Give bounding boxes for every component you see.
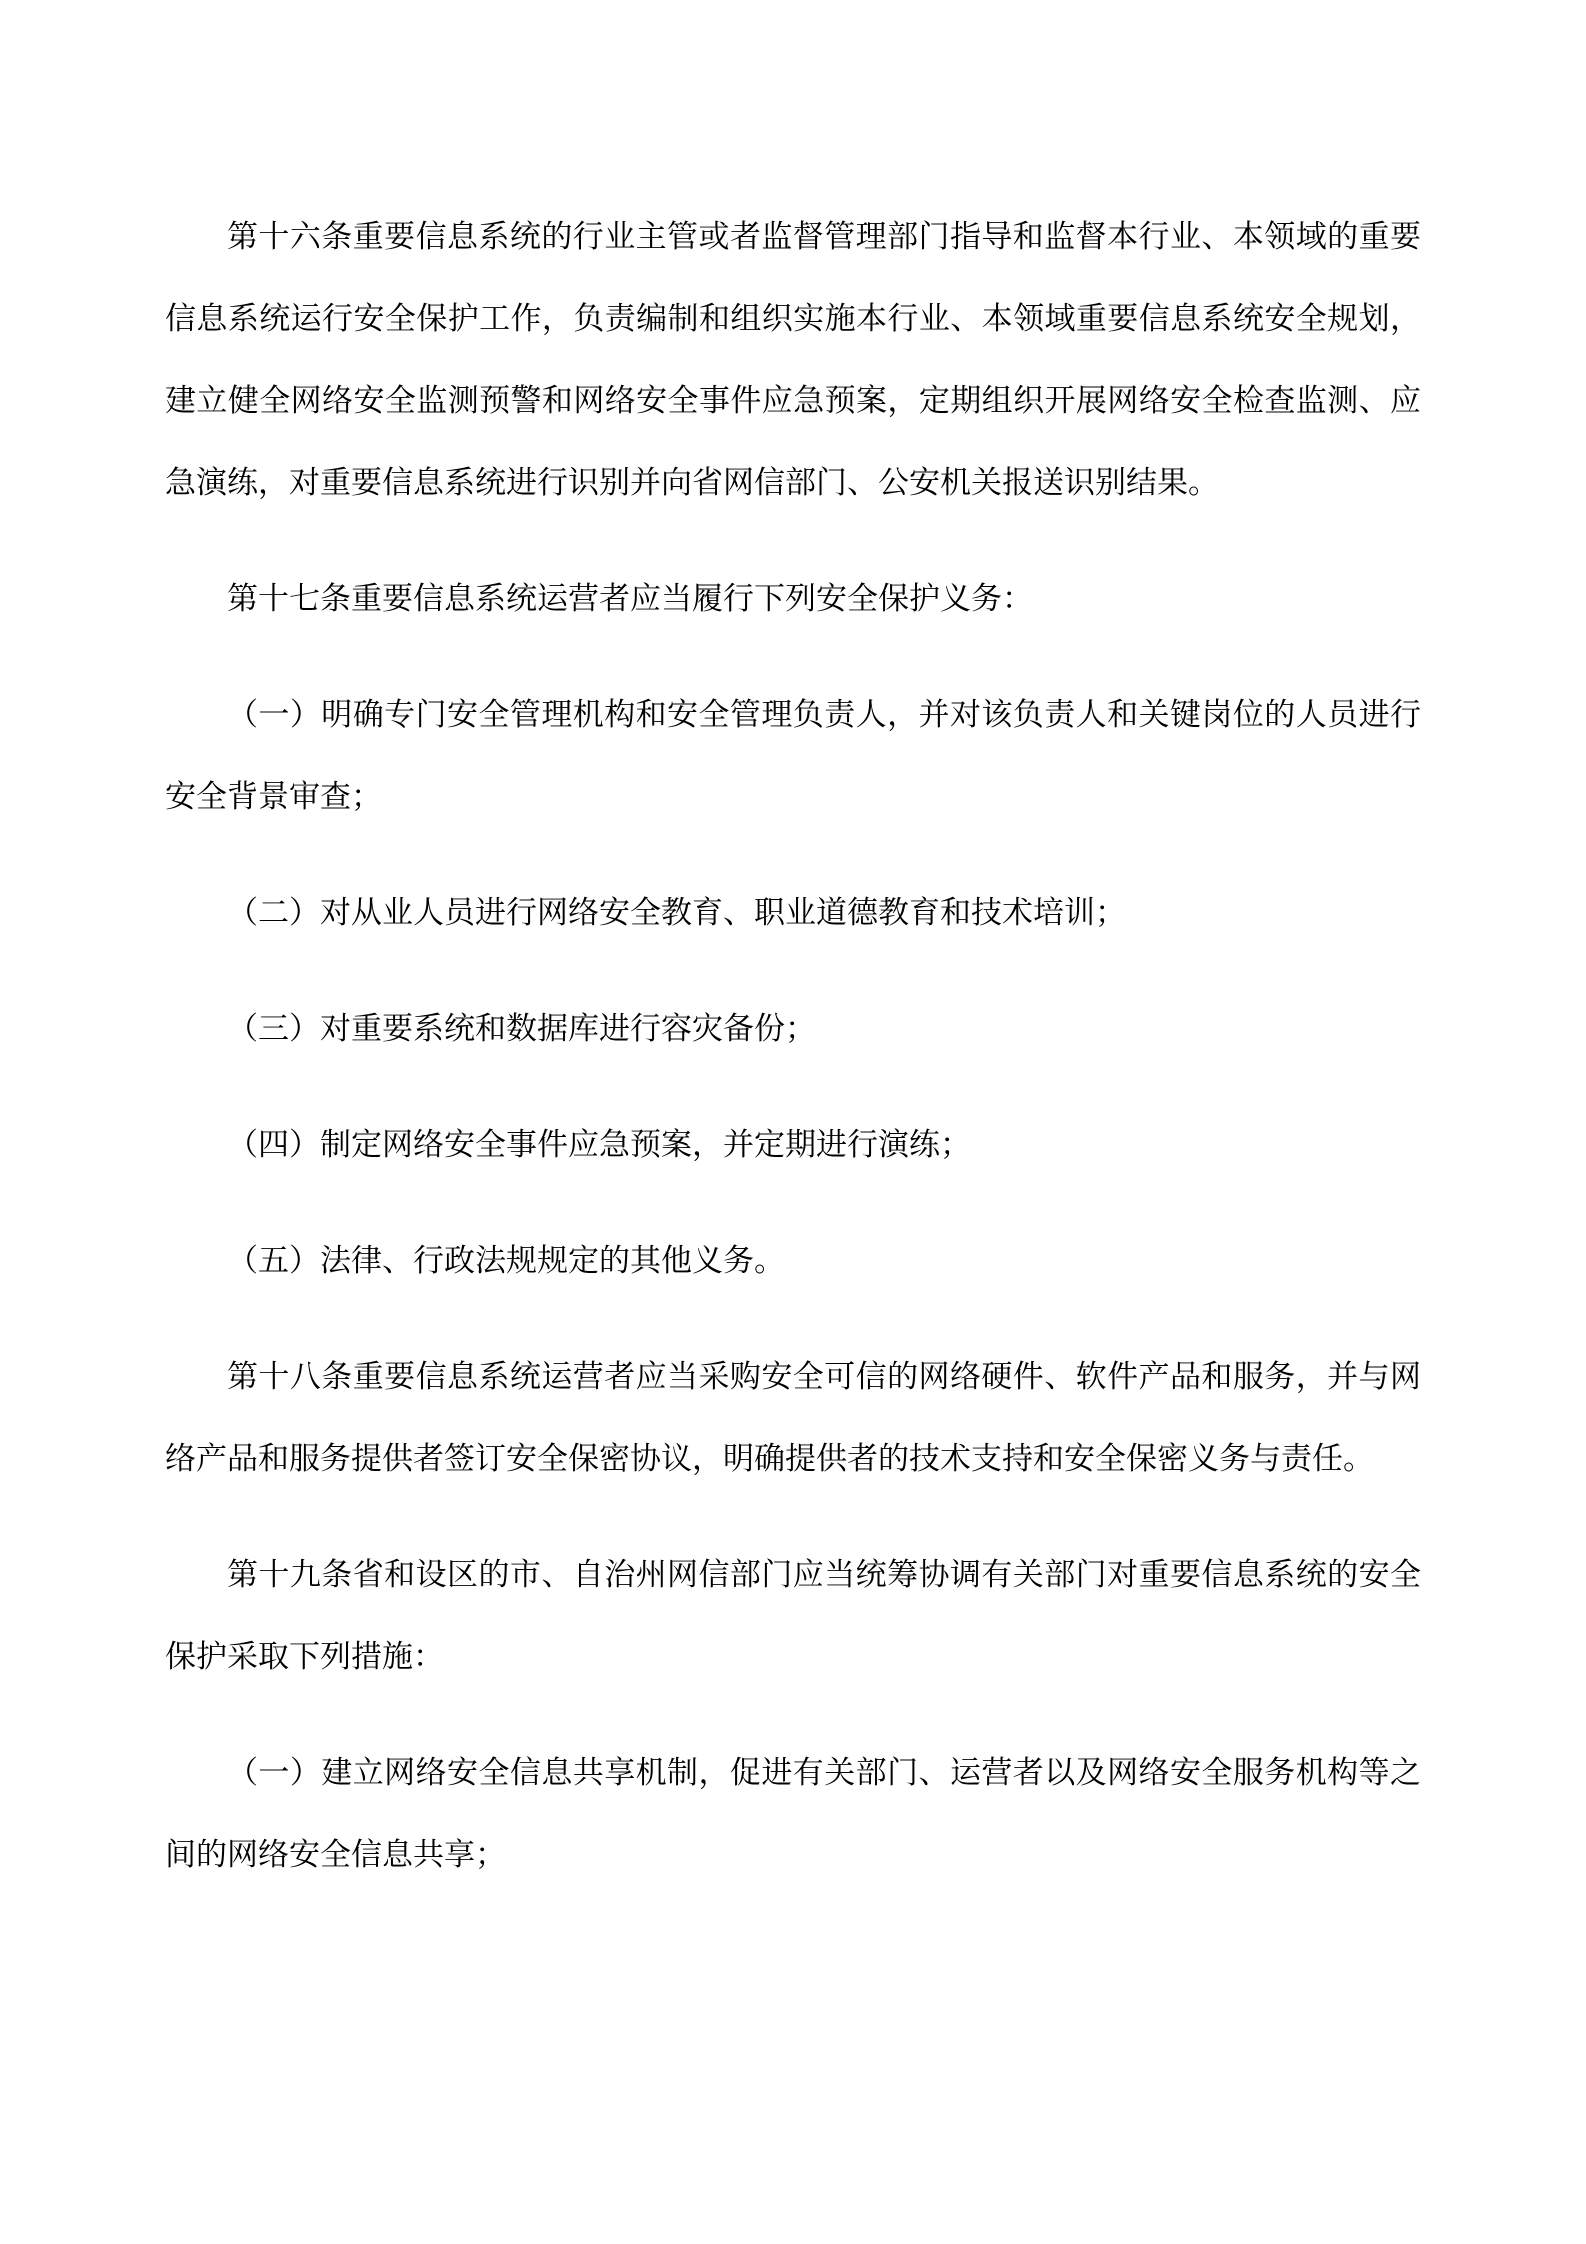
paragraph: （一）明确专门安全管理机构和安全管理负责人，并对该负责人和关键岗位的人员进行安全… xyxy=(165,674,1421,838)
paragraph: 第十七条重要信息系统运营者应当履行下列安全保护义务： xyxy=(165,558,1421,640)
document-body: 第十六条重要信息系统的行业主管或者监督管理部门指导和监督本行业、本领域的重要信息… xyxy=(165,196,1421,1896)
paragraph: （四）制定网络安全事件应急预案，并定期进行演练； xyxy=(165,1104,1421,1186)
text-line: 络产品和服务提供者签订安全保密协议，明确提供者的技术支持和安全保密义务与责任。 xyxy=(165,1418,1421,1500)
document-page: 第十六条重要信息系统的行业主管或者监督管理部门指导和监督本行业、本领域的重要信息… xyxy=(0,0,1586,2244)
text-line: （三）对重要系统和数据库进行容灾备份； xyxy=(165,988,1421,1070)
text-line: （一）明确专门安全管理机构和安全管理负责人，并对该负责人和关键岗位的人员进行 xyxy=(165,674,1421,756)
text-line: 间的网络安全信息共享； xyxy=(165,1814,1421,1896)
text-line: 第十九条省和设区的市、自治州网信部门应当统筹协调有关部门对重要信息系统的安全 xyxy=(165,1534,1421,1616)
text-line: 信息系统运行安全保护工作，负责编制和组织实施本行业、本领域重要信息系统安全规划， xyxy=(165,278,1421,360)
text-line: 第十八条重要信息系统运营者应当采购安全可信的网络硬件、软件产品和服务，并与网 xyxy=(165,1336,1421,1418)
text-line: 第十七条重要信息系统运营者应当履行下列安全保护义务： xyxy=(165,558,1421,640)
text-line: 建立健全网络安全监测预警和网络安全事件应急预案，定期组织开展网络安全检查监测、应 xyxy=(165,360,1421,442)
paragraph: （三）对重要系统和数据库进行容灾备份； xyxy=(165,988,1421,1070)
text-line: （一）建立网络安全信息共享机制，促进有关部门、运营者以及网络安全服务机构等之 xyxy=(165,1732,1421,1814)
text-line: 安全背景审查； xyxy=(165,756,1421,838)
paragraph: （二）对从业人员进行网络安全教育、职业道德教育和技术培训； xyxy=(165,872,1421,954)
paragraph: 第十九条省和设区的市、自治州网信部门应当统筹协调有关部门对重要信息系统的安全保护… xyxy=(165,1534,1421,1698)
paragraph: （一）建立网络安全信息共享机制，促进有关部门、运营者以及网络安全服务机构等之间的… xyxy=(165,1732,1421,1896)
paragraph: 第十六条重要信息系统的行业主管或者监督管理部门指导和监督本行业、本领域的重要信息… xyxy=(165,196,1421,524)
text-line: 第十六条重要信息系统的行业主管或者监督管理部门指导和监督本行业、本领域的重要 xyxy=(165,196,1421,278)
text-line: 急演练，对重要信息系统进行识别并向省网信部门、公安机关报送识别结果。 xyxy=(165,442,1421,524)
text-line: （二）对从业人员进行网络安全教育、职业道德教育和技术培训； xyxy=(165,872,1421,954)
paragraph: （五）法律、行政法规规定的其他义务。 xyxy=(165,1220,1421,1302)
text-line: （五）法律、行政法规规定的其他义务。 xyxy=(165,1220,1421,1302)
text-line: （四）制定网络安全事件应急预案，并定期进行演练； xyxy=(165,1104,1421,1186)
text-line: 保护采取下列措施： xyxy=(165,1616,1421,1698)
paragraph: 第十八条重要信息系统运营者应当采购安全可信的网络硬件、软件产品和服务，并与网络产… xyxy=(165,1336,1421,1500)
